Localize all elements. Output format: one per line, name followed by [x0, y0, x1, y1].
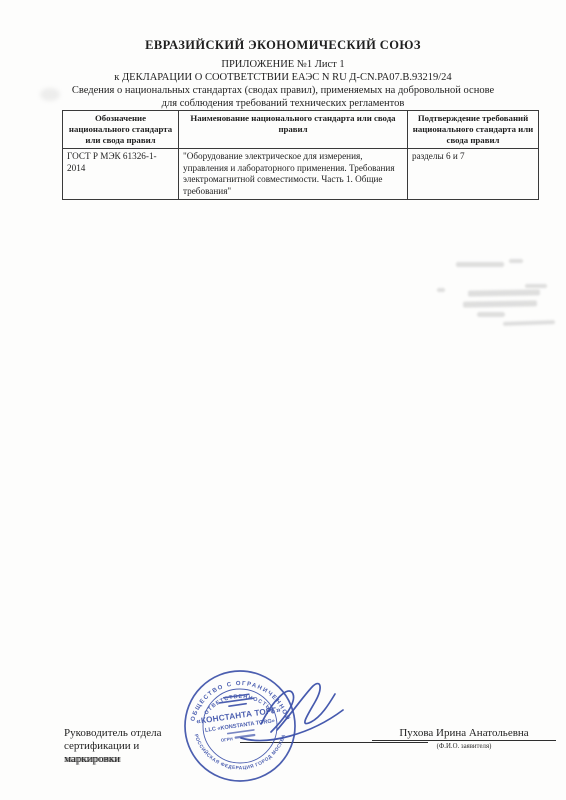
- signer-name-caption: (Ф.И.О. заявителя): [372, 743, 556, 750]
- faint-imprint-line: [456, 262, 504, 267]
- appendix-line: ПРИЛОЖЕНИЕ №1 Лист 1: [0, 58, 566, 71]
- page-title: ЕВРАЗИЙСКИЙ ЭКОНОМИЧЕСКИЙ СОЮЗ: [0, 38, 566, 53]
- subtitle-line-2: для соблюдения требований технических ре…: [0, 97, 566, 110]
- signer-name-line: [372, 740, 556, 741]
- faint-imprint-line: [503, 320, 555, 326]
- column-header-name: Наименование национального стандарта или…: [179, 111, 408, 149]
- column-header-designation: Обозначение национального стандарта или …: [63, 111, 179, 149]
- faint-imprint-line: [525, 284, 547, 288]
- faint-imprint-line: [509, 259, 523, 263]
- column-header-confirmation: Подтверждение требований национального с…: [408, 111, 539, 149]
- stamp-ogrn-label: ОГРН: [220, 736, 233, 743]
- faint-imprint-line: [463, 300, 537, 307]
- faint-imprint-line: [437, 288, 445, 292]
- faint-imprint-line: [468, 289, 540, 296]
- cell-standard-confirmation: разделы 6 и 7: [408, 149, 539, 200]
- subtitle-line-1: Сведения о национальных стандартах (свод…: [0, 84, 566, 97]
- signature-scribble: [233, 672, 348, 757]
- cell-standard-designation: ГОСТ Р МЭК 61326-1-2014: [63, 149, 179, 200]
- document-header: ЕВРАЗИЙСКИЙ ЭКОНОМИЧЕСКИЙ СОЮЗ ПРИЛОЖЕНИ…: [0, 38, 566, 110]
- standards-table: Обозначение национального стандарта или …: [62, 110, 539, 200]
- table-row: ГОСТ Р МЭК 61326-1-2014 "Оборудование эл…: [63, 149, 539, 200]
- faint-imprint-line: [477, 312, 505, 317]
- handwritten-signature: [233, 672, 348, 757]
- scan-smudge: [40, 88, 60, 101]
- declaration-number-line: к ДЕКЛАРАЦИИ О СООТВЕТСТВИИ ЕАЭС N RU Д-…: [0, 71, 566, 84]
- cell-standard-name: "Оборудование электрическое для измерени…: [179, 149, 408, 200]
- table-header-row: Обозначение национального стандарта или …: [63, 111, 539, 149]
- signer-name: Пухова Ирина Анатольевна: [372, 727, 556, 739]
